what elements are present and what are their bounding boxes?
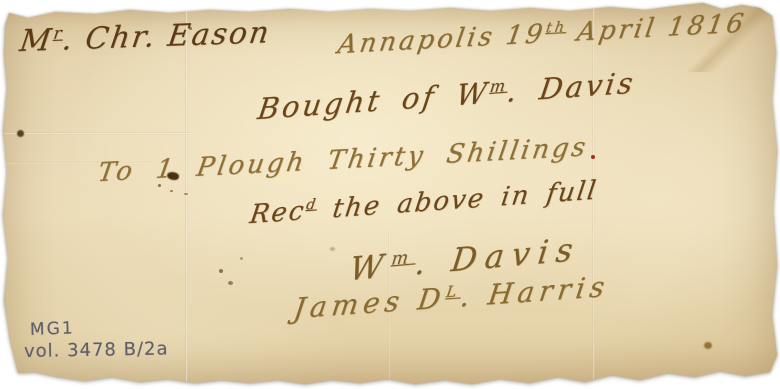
signature-text: W <box>348 246 393 288</box>
receipt-paper-wrapper: Mr. Chr. Eason Annapolis 19th April 1816… <box>0 0 780 389</box>
bought-of-line: Bought of Wm. Davis <box>256 65 638 126</box>
ink-speckle <box>240 257 243 260</box>
addressee-line: Mr. Chr. Eason <box>18 15 273 59</box>
signature-text: James D <box>292 281 448 325</box>
archive-mark-line1: MG1 <box>30 318 75 340</box>
signature-superscript: m <box>390 247 417 269</box>
vertical-fold-line-left <box>185 10 188 381</box>
foxing-spot <box>704 342 712 349</box>
ink-speckle <box>228 281 233 285</box>
ink-speckle <box>184 193 188 195</box>
addressee-text: M <box>18 23 56 59</box>
red-speck <box>591 155 595 159</box>
dateline-text: Annapolis 19 <box>336 19 548 60</box>
ink-speckle <box>219 269 223 273</box>
received-line: Recd the above in full <box>248 176 600 231</box>
bought-text: Bought of W <box>256 76 492 127</box>
scanned-receipt-view: { "document": { "kind": "handwritten rec… <box>0 0 780 389</box>
received-rest: the above in full <box>314 176 599 226</box>
dateline: Annapolis 19th April 1816 <box>336 8 749 60</box>
horizontal-crease-upper <box>4 132 190 135</box>
bought-name: . Davis <box>505 65 638 108</box>
item-line: To 1 Plough Thirty Shillings <box>96 132 591 188</box>
received-text: Rec <box>248 196 308 230</box>
faded-stain <box>330 247 335 251</box>
ink-speckle <box>170 190 173 192</box>
dark-stain <box>17 130 24 137</box>
receipt-paper: Mr. Chr. Eason Annapolis 19th April 1816… <box>0 0 780 389</box>
addressee-name: . Chr. Eason <box>60 15 273 57</box>
archive-mark-line2: vol. 3478 B/2a <box>24 338 169 362</box>
